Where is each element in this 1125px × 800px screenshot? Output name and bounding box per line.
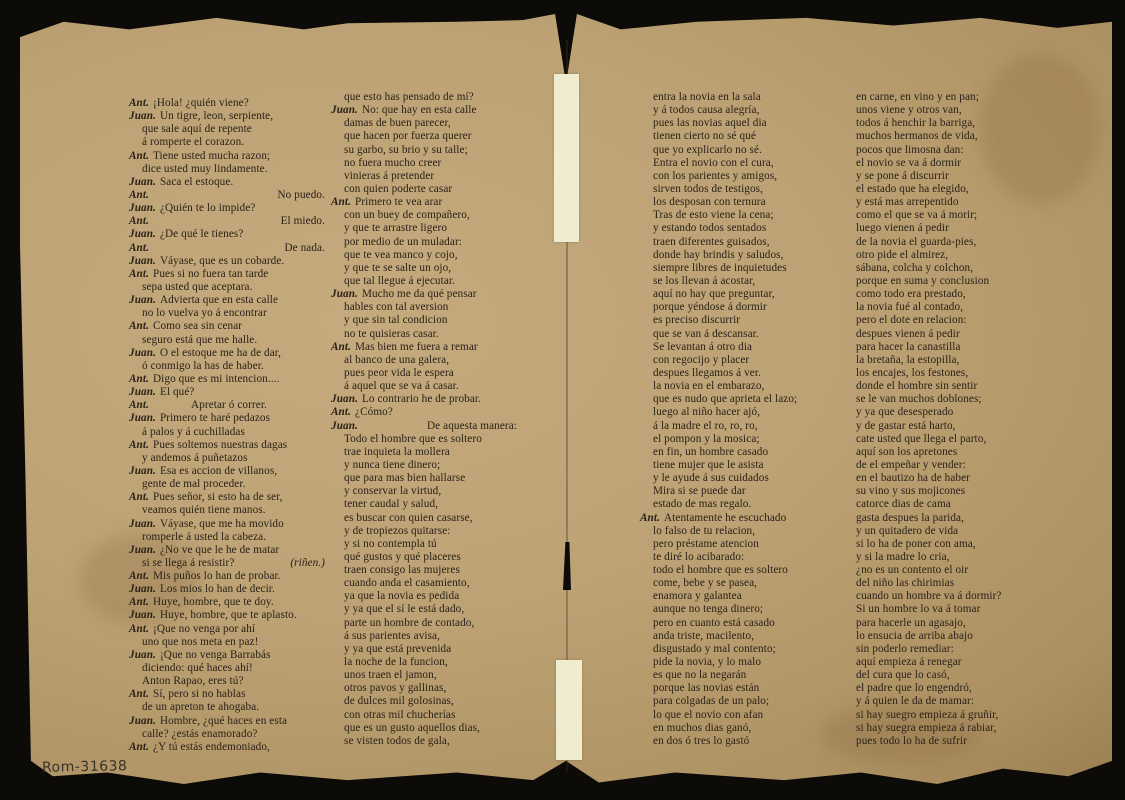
verse-line: para hacerle un agasajo, (843, 617, 1023, 630)
verse-text: no te quisieras casar. (331, 328, 439, 341)
verse-text: luego al niño hacer ajó, (640, 406, 760, 419)
verse-line: catorce dias de cama (843, 498, 1023, 511)
verse-text: Pues soltemos nuestras dagas (153, 439, 287, 452)
verse-line: Ant.Mis puños lo han de probar. (129, 570, 325, 583)
verse-line: gente de mal proceder. (129, 478, 325, 491)
verse-text: en carne, en vino y en pan; (843, 91, 979, 104)
verse-line: de el empeñar y vender: (843, 459, 1023, 472)
verse-line: parte un hombre de contado, (331, 617, 517, 630)
verse-text: Un tigre, leon, serpiente, (160, 110, 273, 123)
verse-text: cate usted que llega el parto, (843, 433, 986, 446)
verse-text: á sus parientes avisa, (331, 630, 440, 643)
verse-line: aunque no tenga dinero; (640, 603, 830, 616)
speaker-label: Ant. (129, 741, 149, 754)
verse-text: y ya que el sí le está dado, (331, 603, 464, 616)
verse-text: en el bautizo ha de haber (843, 472, 970, 485)
verse-text: Entra el novio con el cura, (640, 157, 774, 170)
verse-text: Mis puños lo han de probar. (153, 570, 281, 583)
verse-line: que es un gusto aquellos dias, (331, 722, 517, 735)
verse-line: y ya que el sí le está dado, (331, 603, 517, 616)
verse-text: y está mas arrepentido (843, 196, 959, 209)
catalog-mark: Rom-31638 (42, 758, 128, 775)
verse-line: en muchos dias ganó, (640, 722, 830, 735)
speaker-label: Juan. (331, 104, 358, 117)
verse-text: y un quitadero de vida (843, 525, 958, 538)
verse-line: y de gastar está harto, (843, 420, 1023, 433)
verse-line: Juan.¡Que no venga Barrabás (129, 649, 325, 662)
verse-text: pues las novias aquel dia (640, 117, 767, 130)
verse-text: entra la novia en la sala (640, 91, 761, 104)
speaker-label: Ant. (129, 439, 149, 452)
verse-text: calle? ¿estás enamorado? (129, 728, 257, 741)
verse-text: y si la madre lo cria, (843, 551, 950, 564)
verse-line: cate usted que llega el parto, (843, 433, 1023, 446)
verse-text: Sí, pero si no hablas (153, 688, 246, 701)
verse-line: Juan.Advierta que en esta calle (129, 294, 325, 307)
verse-line: hables con tal aversion (331, 301, 517, 314)
verse-line: lo falso de tu relacion, (640, 525, 830, 538)
verse-line: unos traen el jamon, (331, 669, 517, 682)
verse-text: De nada. (284, 242, 325, 255)
verse-line: aquí no hay que preguntar, (640, 288, 830, 301)
verse-text: que yo explicarlo no sé. (640, 144, 762, 157)
verse-text: Primero te haré pedazos (160, 412, 270, 425)
verse-text: tienen cierto no sé qué (640, 130, 756, 143)
verse-line: la noche de la funcion, (331, 656, 517, 669)
verse-text: otros pavos y gallinas, (331, 682, 446, 695)
verse-text: Digo que es mi intencion.... (153, 373, 279, 386)
verse-text: y que te se salte un ojo, (331, 262, 451, 275)
verse-line: y un quitadero de vida (843, 525, 1023, 538)
verse-line: á sus parientes avisa, (331, 630, 517, 643)
verse-line: porque yéndose á dormir (640, 301, 830, 314)
verse-text: Váyase, que es un cobarde. (160, 255, 284, 268)
verse-line: en dos ó tres lo gastó (640, 735, 830, 748)
verse-text: donde hay brindis y saludos, (640, 249, 784, 262)
verse-line: si hay suegro empieza á gruñir, (843, 709, 1023, 722)
verse-text: con los parientes y amigos, (640, 170, 777, 183)
verse-line: donde hay brindis y saludos, (640, 249, 830, 262)
tape-strip-bottom (556, 660, 582, 760)
verse-line: pero en cuanto está casado (640, 617, 830, 630)
verse-text: porque en suma y conclusion (843, 275, 989, 288)
verse-text: todos á henchir la barriga, (843, 117, 975, 130)
verse-text: de dulces mil golosinas, (331, 695, 454, 708)
verse-line: Ant.Pues señor, si esto ha de ser, (129, 491, 325, 504)
verse-text: por medio de un muladar: (331, 236, 462, 249)
verse-line: el estado que ha elegido, (843, 183, 1023, 196)
verse-line: y que sin tal condicion (331, 314, 517, 327)
verse-text: su vino y sus mojicones (843, 485, 965, 498)
verse-text: si lo ha de poner con ama, (843, 538, 976, 551)
verse-line: con los parientes y amigos, (640, 170, 830, 183)
verse-text: y de tropiezos quitarse: (331, 525, 450, 538)
verse-line: como el que se va á morir; (843, 209, 1023, 222)
text-column-3: entra la novia en la salay á todos causa… (640, 91, 830, 748)
verse-line: trae inquieta la mollera (331, 446, 517, 459)
verse-line: y si no contempla tú (331, 538, 517, 551)
verse-text: del niño las chirimias (843, 577, 954, 590)
verse-text: veamos quién tiene manos. (129, 504, 266, 517)
speaker-label: Ant. (129, 596, 149, 609)
verse-text: El qué? (160, 386, 195, 399)
verse-line: tener caudal y salud, (331, 498, 517, 511)
verse-line: á palos y á cuchilladas (129, 426, 325, 439)
verse-line: en fin, un hombre casado (640, 446, 830, 459)
verse-line: que tal llegue á ejecutar. (331, 275, 517, 288)
verse-text: se le van muchos doblones; (843, 393, 982, 406)
speaker-label: Ant. (129, 242, 149, 255)
verse-text: á palos y á cuchilladas (129, 426, 245, 439)
speaker-label: Juan. (331, 420, 358, 433)
verse-text: come, bebe y se pasea, (640, 577, 757, 590)
speaker-label: Ant. (129, 320, 149, 333)
verse-line: Ant.No puedo. (129, 189, 325, 202)
verse-line: estado de mas regalo. (640, 498, 830, 511)
verse-line: y le ayude á sus cuidados (640, 472, 830, 485)
speaker-label: Ant. (129, 399, 149, 412)
text-column-2: que esto has pensado de mí?Juan.No: que … (331, 91, 517, 748)
verse-text: y le ayude á sus cuidados (640, 472, 769, 485)
verse-line: tienen cierto no sé qué (640, 130, 830, 143)
verse-text: vinieras á pretender (331, 170, 434, 183)
verse-line: la novia en el embarazo, (640, 380, 830, 393)
verse-line: otros pavos y gallinas, (331, 682, 517, 695)
verse-text: siempre libres de inquietudes (640, 262, 787, 275)
verse-text: y andemos á puñetazos (129, 452, 248, 465)
verse-text: unos viene y otros van, (843, 104, 962, 117)
verse-line: Ant.De nada. (129, 242, 325, 255)
verse-line: es buscar con quien casarse, (331, 512, 517, 525)
speaker-label: Juan. (129, 544, 156, 557)
verse-line: come, bebe y se pasea, (640, 577, 830, 590)
verse-text: Mira si se puede dar (640, 485, 746, 498)
verse-line: sepa usted que aceptara. (129, 281, 325, 294)
verse-line: para colgadas de un palo; (640, 695, 830, 708)
verse-line: que para mas bien hallarse (331, 472, 517, 485)
verse-line: uno que nos meta en paz! (129, 636, 325, 649)
verse-line: como todo era prestado, (843, 288, 1023, 301)
verse-text: Mucho me da qué pensar (362, 288, 477, 301)
verse-line: ó conmigo la has de haber. (129, 360, 325, 373)
verse-line: que es nudo que aprieta el lazo; (640, 393, 830, 406)
verse-line: entra la novia en la sala (640, 91, 830, 104)
verse-text: para hacerle un agasajo, (843, 617, 966, 630)
verse-text: aunque no tenga dinero; (640, 603, 763, 616)
verse-line: con quien poderte casar (331, 183, 517, 196)
verse-text: como todo era prestado, (843, 288, 966, 301)
speaker-label: Ant. (129, 570, 149, 583)
verse-line: pero el dote en relacion: (843, 314, 1023, 327)
verse-text: que esto has pensado de mí? (331, 91, 474, 104)
verse-text: es preciso discurrir (640, 314, 740, 327)
speaker-label: Juan. (129, 176, 156, 189)
verse-line: se le van muchos doblones; (843, 393, 1023, 406)
verse-text: Advierta que en esta calle (160, 294, 278, 307)
verse-line: ¿no es un contento el oir (843, 564, 1023, 577)
verse-text: ¡Que no venga Barrabás (160, 649, 271, 662)
verse-text: parte un hombre de contado, (331, 617, 474, 630)
verse-text: Mas bien me fuera a remar (355, 341, 478, 354)
verse-text: ¿no es un contento el oir (843, 564, 968, 577)
top-tear (560, 14, 574, 40)
verse-line: Juan.No: que hay en esta calle (331, 104, 517, 117)
verse-line: romperle á usted la cabeza. (129, 531, 325, 544)
text-column-1: Ant.¡Hola! ¿quién viene?Juan.Un tigre, l… (129, 97, 325, 754)
verse-line: del niño las chirimias (843, 577, 1023, 590)
verse-line: pues las novias aquel dia (640, 117, 830, 130)
verse-line: del cura que lo casó, (843, 669, 1023, 682)
verse-line: dice usted muy lindamente. (129, 163, 325, 176)
verse-line: lo que el novio con afan (640, 709, 830, 722)
verse-text: Se levantan á otro dia (640, 341, 752, 354)
verse-line: Ant.Pues soltemos nuestras dagas (129, 439, 325, 452)
speaker-label: Ant. (129, 268, 149, 281)
verse-line: al banco de una galera, (331, 354, 517, 367)
verse-text: que se van á descansar. (640, 328, 759, 341)
verse-line: Juan.O el estoque me ha de dar, (129, 347, 325, 360)
verse-text: unos traen el jamon, (331, 669, 437, 682)
verse-text: ¿Y tú estás endemoniado, (153, 741, 270, 754)
verse-text: es buscar con quien casarse, (331, 512, 473, 525)
verse-text: pide la novia, y lo malo (640, 656, 761, 669)
verse-line: no fuera mucho creer (331, 157, 517, 170)
verse-line: con regocijo y placer (640, 354, 830, 367)
verse-text: despues llegamos á ver. (640, 367, 761, 380)
verse-text: De aquesta manera: (427, 420, 517, 433)
verse-text: sábana, colcha y colchon, (843, 262, 973, 275)
verse-line: Ant.Sí, pero si no hablas (129, 688, 325, 701)
verse-line: muchos hermanos de vida, (843, 130, 1023, 143)
verse-line: su garbo, su brio y su talle; (331, 144, 517, 157)
verse-line: porque en suma y conclusion (843, 275, 1023, 288)
verse-line: enamora y galantea (640, 590, 830, 603)
verse-text: estado de mas regalo. (640, 498, 751, 511)
verse-line: Juan.¿Quién te lo impide? (129, 202, 325, 215)
verse-line: Ant.¡Que no venga por ahí (129, 623, 325, 636)
bottom-tear (555, 768, 585, 788)
verse-line: que te vea manco y cojo, (331, 249, 517, 262)
verse-text: No: que hay en esta calle (362, 104, 477, 117)
verse-line: que sale aquí de repente (129, 123, 325, 136)
verse-text: de un apreton te ahogaba. (129, 701, 259, 714)
verse-text: la novia fué al contado, (843, 301, 963, 314)
verse-line: pide la novia, y lo malo (640, 656, 830, 669)
verse-text: Tras de esto viene la cena; (640, 209, 774, 222)
stage-direction: (riñen.) (290, 557, 325, 570)
verse-line: pero préstame atencion (640, 538, 830, 551)
verse-text: con regocijo y placer (640, 354, 749, 367)
verse-line: Anton Rapao, eres tú? (129, 675, 325, 688)
verse-line: Se levantan á otro dia (640, 341, 830, 354)
verse-line: y estando todos sentados (640, 222, 830, 235)
verse-text: te diré lo acibarado: (640, 551, 744, 564)
verse-line: si hay suegra empieza á rabiar, (843, 722, 1023, 735)
verse-line: se los llevan á acostar, (640, 275, 830, 288)
verse-line: Juan.Mucho me da qué pensar (331, 288, 517, 301)
verse-line: tiene mujer que le asista (640, 459, 830, 472)
verse-text: ¿No ve que le he de matar (160, 544, 279, 557)
verse-text: y se pone á discurrir (843, 170, 949, 183)
verse-line: seguro está que me halle. (129, 334, 325, 347)
verse-line: Ant.¿Y tú estás endemoniado, (129, 741, 325, 754)
verse-line: que yo explicarlo no sé. (640, 144, 830, 157)
verse-text: Todo el hombre que es soltero (331, 433, 482, 446)
verse-line: Ant.Huye, hombre, que te doy. (129, 596, 325, 609)
verse-text: donde el hombre sin sentir (843, 380, 977, 393)
verse-text: pero en cuanto está casado (640, 617, 775, 630)
verse-text: que hacen por fuerza querer (331, 130, 472, 143)
speaker-label: Juan. (129, 412, 156, 425)
verse-text: ¿De qué le tienes? (160, 228, 244, 241)
speaker-label: Ant. (129, 97, 149, 110)
verse-text: su garbo, su brio y su talle; (331, 144, 468, 157)
verse-line: Ant.Atentamente he escuchado (640, 512, 830, 525)
verse-text: dice usted muy lindamente. (129, 163, 268, 176)
verse-text: ya que la novia es pedida (331, 590, 459, 603)
verse-text: cuando anda el casamiento, (331, 577, 470, 590)
verse-text: y si no contempla tú (331, 538, 437, 551)
speaker-label: Juan. (129, 255, 156, 268)
speaker-label: Juan. (129, 386, 156, 399)
verse-text: gente de mal proceder. (129, 478, 245, 491)
verse-line: de la novia el guarda-pies, (843, 236, 1023, 249)
verse-text: los encajes, los festones, (843, 367, 968, 380)
verse-line: vinieras á pretender (331, 170, 517, 183)
verse-line: á aquel que se va á casar. (331, 380, 517, 393)
verse-line: Ant.Tiene usted mucha razon; (129, 150, 325, 163)
verse-line: aquí son los apretones (843, 446, 1023, 459)
verse-text: ¡Que no venga por ahí (153, 623, 255, 636)
verse-line: sábana, colcha y colchon, (843, 262, 1023, 275)
verse-line: Juan.Saca el estoque. (129, 176, 325, 189)
verse-line: veamos quién tiene manos. (129, 504, 325, 517)
verse-line: y si la madre lo cria, (843, 551, 1023, 564)
verse-text: pero el dote en relacion: (843, 314, 967, 327)
verse-text: de el empeñar y vender: (843, 459, 966, 472)
verse-line: en el bautizo ha de haber (843, 472, 1023, 485)
verse-text: pues todo lo ha de sufrir (843, 735, 967, 748)
verse-line: á la madre el ro, ro, ro, (640, 420, 830, 433)
verse-line: los encajes, los festones, (843, 367, 1023, 380)
verse-line: pues peor vida le espera (331, 367, 517, 380)
verse-line: y se pone á discurrir (843, 170, 1023, 183)
verse-text: ¿Cómo? (355, 406, 393, 419)
verse-line: y de tropiezos quitarse: (331, 525, 517, 538)
verse-line: siempre libres de inquietudes (640, 262, 830, 275)
verse-text: si se llega á resistir? (129, 557, 234, 570)
verse-text: y nunca tiene dinero; (331, 459, 440, 472)
verse-text: Si un hombre lo va á tomar (843, 603, 980, 616)
speaker-label: Ant. (129, 688, 149, 701)
speaker-label: Juan. (129, 110, 156, 123)
speaker-label: Juan. (129, 583, 156, 596)
verse-text: Saca el estoque. (160, 176, 233, 189)
verse-line: Entra el novio con el cura, (640, 157, 830, 170)
verse-line: y ya que está prevenida (331, 643, 517, 656)
verse-line: se visten todos de gala, (331, 735, 517, 748)
verse-line: y andemos á puñetazos (129, 452, 325, 465)
verse-line: Juan.Un tigre, leon, serpiente, (129, 110, 325, 123)
verse-text: O el estoque me ha de dar, (160, 347, 281, 360)
verse-line: Tras de esto viene la cena; (640, 209, 830, 222)
verse-line: Ant.Primero te vea arar (331, 196, 517, 209)
verse-text: pocos que limosna dan: (843, 144, 964, 157)
verse-line: damas de buen parecer, (331, 117, 517, 130)
verse-line: sin poderlo remediar: (843, 643, 1023, 656)
verse-line: por medio de un muladar: (331, 236, 517, 249)
verse-text: y estando todos sentados (640, 222, 766, 235)
verse-text: lo que el novio con afan (640, 709, 763, 722)
verse-text: como el que se va á morir; (843, 209, 977, 222)
verse-text: y conservar la virtud, (331, 485, 441, 498)
verse-text: Huye, hombre, que te doy. (153, 596, 274, 609)
verse-text: aquí empieza á renegar (843, 656, 962, 669)
verse-text: Pues señor, si esto ha de ser, (153, 491, 283, 504)
verse-line: el padre que lo engendró, (843, 682, 1023, 695)
verse-line: cuando un hombre va á dormir? (843, 590, 1023, 603)
verse-text: lo falso de tu relacion, (640, 525, 755, 538)
verse-text: del cura que lo casó, (843, 669, 950, 682)
verse-text: aquí no hay que preguntar, (640, 288, 775, 301)
verse-line: lo ensucia de arriba abajo (843, 630, 1023, 643)
verse-text: traen diferentes guisados, (640, 236, 770, 249)
verse-line: la novia fué al contado, (843, 301, 1023, 314)
verse-text: y á todos causa alegría, (640, 104, 759, 117)
verse-line: Juan.El qué? (129, 386, 325, 399)
verse-text: tener caudal y salud, (331, 498, 438, 511)
verse-line: Juan.Váyase, que es un cobarde. (129, 255, 325, 268)
verse-line: todo el hombre que es soltero (640, 564, 830, 577)
verse-text: porque las novias están (640, 682, 759, 695)
speaker-label: Juan. (331, 288, 358, 301)
verse-text: que tal llegue á ejecutar. (331, 275, 455, 288)
verse-line: qué gustos y qué placeres (331, 551, 517, 564)
speaker-label: Juan. (129, 465, 156, 478)
verse-text: al banco de una galera, (331, 354, 449, 367)
verse-line: gasta despues la parida, (843, 512, 1023, 525)
verse-line: Juan.Huye, hombre, que te aplasto. (129, 609, 325, 622)
speaker-label: Ant. (331, 196, 351, 209)
verse-line: traen diferentes guisados, (640, 236, 830, 249)
verse-text: y ya que está prevenida (331, 643, 451, 656)
verse-text: se visten todos de gala, (331, 735, 450, 748)
speaker-label: Ant. (129, 491, 149, 504)
verse-line: Todo el hombre que es soltero (331, 433, 517, 446)
verse-text: ¡Hola! ¿quién viene? (153, 97, 249, 110)
verse-text: sepa usted que aceptara. (129, 281, 253, 294)
verse-line: sirven todos de testigos, (640, 183, 830, 196)
verse-line: Juan.Hombre, ¿qué haces en esta (129, 715, 325, 728)
verse-line: unos viene y otros van, (843, 104, 1023, 117)
verse-text: el padre que lo engendró, (843, 682, 972, 695)
verse-text: El miedo. (281, 215, 325, 228)
verse-text: Pues si no fuera tan tarde (153, 268, 268, 281)
verse-text: pues peor vida le espera (331, 367, 454, 380)
verse-text: seguro está que me halle. (129, 334, 257, 347)
text-column-4: en carne, en vino y en pan;unos viene y … (843, 91, 1023, 748)
verse-line: Si un hombre lo va á tomar (843, 603, 1023, 616)
verse-line: el novio se va á dormir (843, 157, 1023, 170)
verse-line: no te quisieras casar. (331, 328, 517, 341)
verse-text: que te vea manco y cojo, (331, 249, 458, 262)
verse-text: disgustado y mal contento; (640, 643, 776, 656)
verse-line: despues vienen á pedir (843, 328, 1023, 341)
verse-text: Váyase, que me ha movido (160, 518, 284, 531)
verse-line: disgustado y mal contento; (640, 643, 830, 656)
verse-text: Apretar ó correr. (191, 399, 267, 412)
verse-text: no lo vuelva yo á encontrar (129, 307, 267, 320)
